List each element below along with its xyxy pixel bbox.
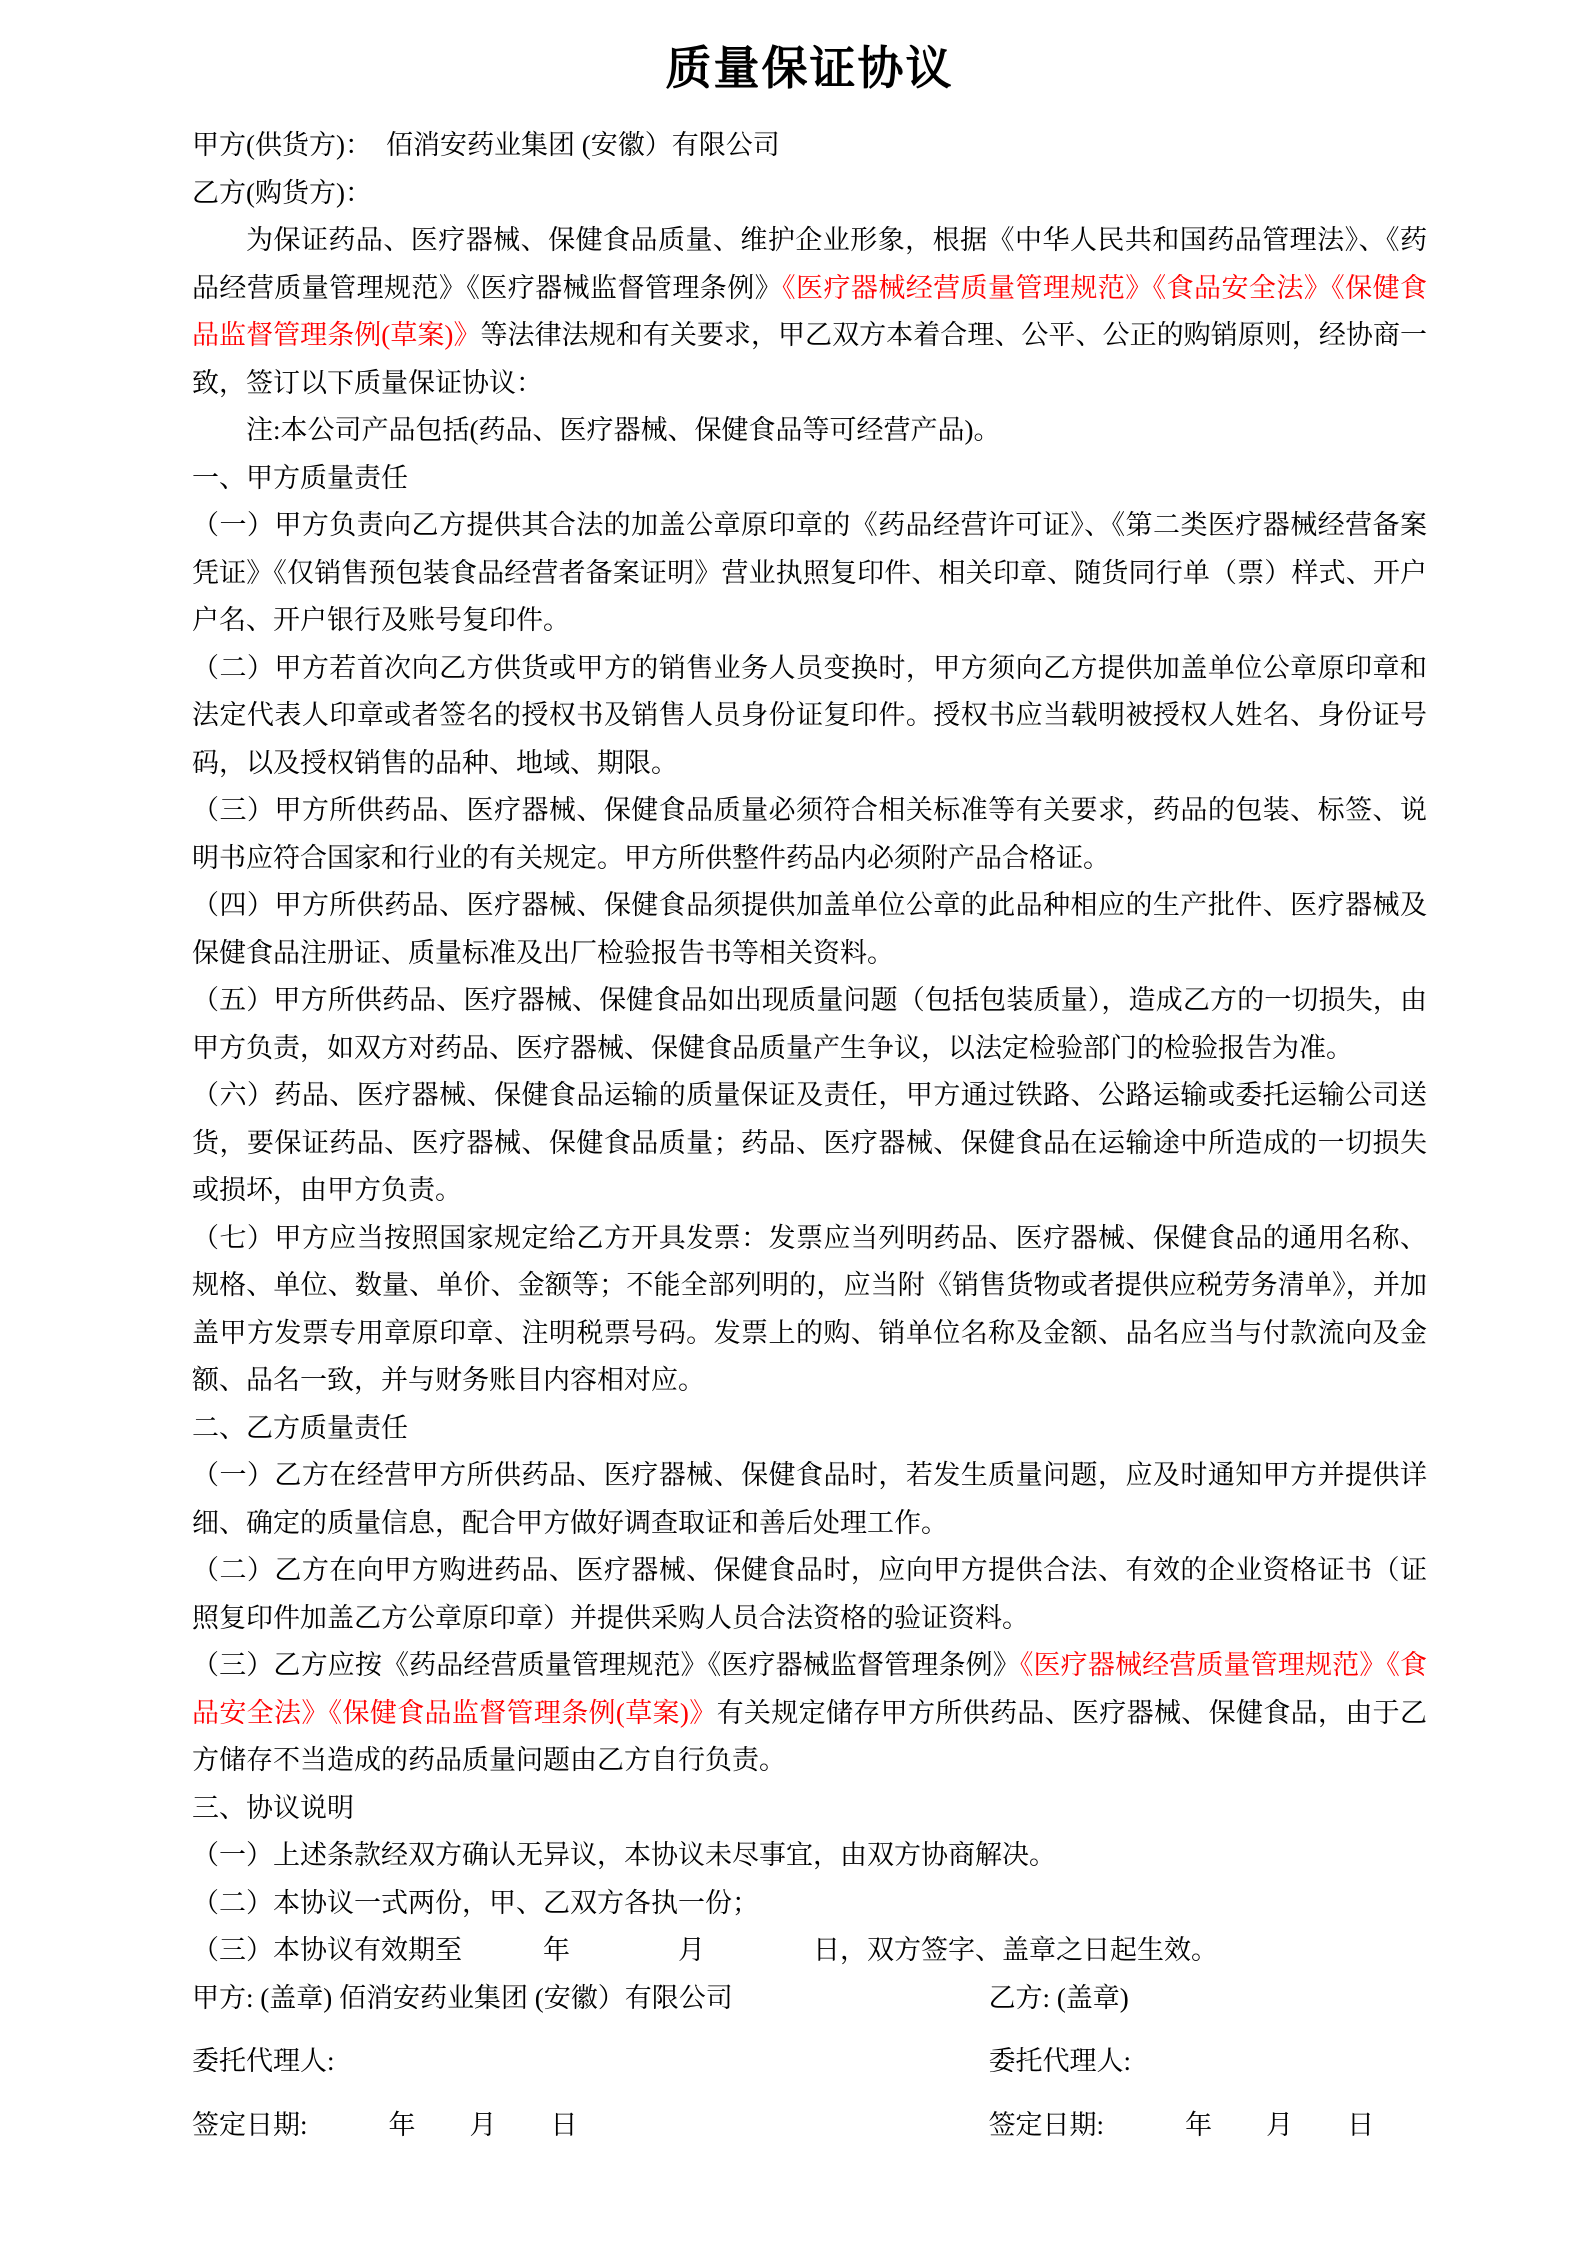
party-b-agent-cell: 委托代理人: [989, 2038, 1427, 2086]
party-b-line: 乙方(购货方)： [192, 170, 1427, 218]
section-1-item-2: （二）甲方若首次向乙方供货或甲方的销售业务人员变换时，甲方须向乙方提供加盖单位公… [192, 645, 1427, 788]
party-a-agent-cell: 委托代理人: [192, 2038, 989, 2086]
body-text: （三）乙方应按《药品经营质量管理规范》《医疗器械监督管理条例》 [192, 1650, 1020, 1680]
body-text: （一）甲方负责向乙方提供其合法的加盖公章原印章的《药品经营许可证》、《第二类医疗… [192, 510, 1427, 635]
section-1-item-1: （一）甲方负责向乙方提供其合法的加盖公章原印章的《药品经营许可证》、《第二类医疗… [192, 502, 1427, 645]
party-a-value: 佰消安药业集团 (安徽）有限公司 [386, 130, 780, 160]
body-text: （三）本协议有效期至 年 月 日，双方签字、盖章之日起生效。 [192, 1935, 1218, 1965]
document-title: 质量保证协议 [192, 36, 1427, 102]
section-2-item-1: （一）乙方在经营甲方所供药品、医疗器械、保健食品时，若发生质量问题，应及时通知甲… [192, 1452, 1427, 1547]
section-2-item-2: （二）乙方在向甲方购进药品、医疗器械、保健食品时，应向甲方提供合法、有效的企业资… [192, 1547, 1427, 1642]
party-a-line: 甲方(供货方)：佰消安药业集团 (安徽）有限公司 [192, 122, 1427, 170]
section-2-item-3: （三）乙方应按《药品经营质量管理规范》《医疗器械监督管理条例》《医疗器械经营质量… [192, 1642, 1427, 1785]
section-1-item-5: （五）甲方所供药品、医疗器械、保健食品如出现质量问题（包括包装质量），造成乙方的… [192, 977, 1427, 1072]
body-text: （四）甲方所供药品、医疗器械、保健食品须提供加盖单位公章的此品种相应的生产批件、… [192, 890, 1427, 968]
body-text: （二）本协议一式两份，甲、乙双方各执一份； [192, 1888, 759, 1918]
body-text: （二）乙方在向甲方购进药品、医疗器械、保健食品时，应向甲方提供合法、有效的企业资… [192, 1555, 1427, 1633]
section-1-item-4: （四）甲方所供药品、医疗器械、保健食品须提供加盖单位公章的此品种相应的生产批件、… [192, 882, 1427, 977]
party-a-seal-cell: 甲方: (盖章) 佰消安药业集团 (安徽）有限公司 [192, 1975, 989, 2023]
section-2-heading: 二、乙方质量责任 [192, 1405, 1427, 1453]
intro-paragraph: 为保证药品、医疗器械、保健食品质量、维护企业形象，根据《中华人民共和国药品管理法… [192, 217, 1427, 407]
body-text: （六）药品、医疗器械、保健食品运输的质量保证及责任，甲方通过铁路、公路运输或委托… [192, 1080, 1427, 1205]
body-text: （七）甲方应当按照国家规定给乙方开具发票：发票应当列明药品、医疗器械、保健食品的… [192, 1223, 1427, 1396]
section-1-item-3: （三）甲方所供药品、医疗器械、保健食品质量必须符合相关标准等有关要求，药品的包装… [192, 787, 1427, 882]
section-3-item-3: （三）本协议有效期至 年 月 日，双方签字、盖章之日起生效。 [192, 1927, 1427, 1975]
body-text: （二）甲方若首次向乙方供货或甲方的销售业务人员变换时，甲方须向乙方提供加盖单位公… [192, 653, 1427, 778]
section-1-item-7: （七）甲方应当按照国家规定给乙方开具发票：发票应当列明药品、医疗器械、保健食品的… [192, 1215, 1427, 1405]
body-text: （一）乙方在经营甲方所供药品、医疗器械、保健食品时，若发生质量问题，应及时通知甲… [192, 1460, 1427, 1538]
party-b-label: 乙方(购货方)： [192, 178, 372, 208]
body-text: （三）甲方所供药品、医疗器械、保健食品质量必须符合相关标准等有关要求，药品的包装… [192, 795, 1427, 873]
section-3-item-1: （一）上述条款经双方确认无异议，本协议未尽事宜，由双方协商解决。 [192, 1832, 1427, 1880]
signature-row-agent: 委托代理人: 委托代理人: [192, 2038, 1427, 2086]
section-1-heading: 一、甲方质量责任 [192, 455, 1427, 503]
signature-row-date: 签定日期: 年 月 日 签定日期: 年 月 日 [192, 2102, 1427, 2150]
body-text: （五）甲方所供药品、医疗器械、保健食品如出现质量问题（包括包装质量），造成乙方的… [192, 985, 1427, 1063]
section-1-item-6: （六）药品、医疗器械、保健食品运输的质量保证及责任，甲方通过铁路、公路运输或委托… [192, 1072, 1427, 1215]
document-page: 质量保证协议 甲方(供货方)：佰消安药业集团 (安徽）有限公司 乙方(购货方)：… [0, 0, 1587, 2245]
party-b-sign-date-cell: 签定日期: 年 月 日 [989, 2102, 1427, 2150]
party-b-seal-cell: 乙方: (盖章) [989, 1975, 1427, 2023]
signature-row-seal: 甲方: (盖章) 佰消安药业集团 (安徽）有限公司 乙方: (盖章) [192, 1975, 1427, 2023]
party-a-label: 甲方(供货方)： [192, 130, 372, 160]
body-text: （一）上述条款经双方确认无异议，本协议未尽事宜，由双方协商解决。 [192, 1840, 1056, 1870]
party-a-sign-date-cell: 签定日期: 年 月 日 [192, 2102, 989, 2150]
signature-block: 甲方: (盖章) 佰消安药业集团 (安徽）有限公司 乙方: (盖章) 委托代理人… [192, 1975, 1427, 2150]
note-line: 注:本公司产品包括(药品、医疗器械、保健食品等可经营产品)。 [192, 407, 1427, 455]
section-3-item-2: （二）本协议一式两份，甲、乙双方各执一份； [192, 1880, 1427, 1928]
section-3-heading: 三、协议说明 [192, 1785, 1427, 1833]
